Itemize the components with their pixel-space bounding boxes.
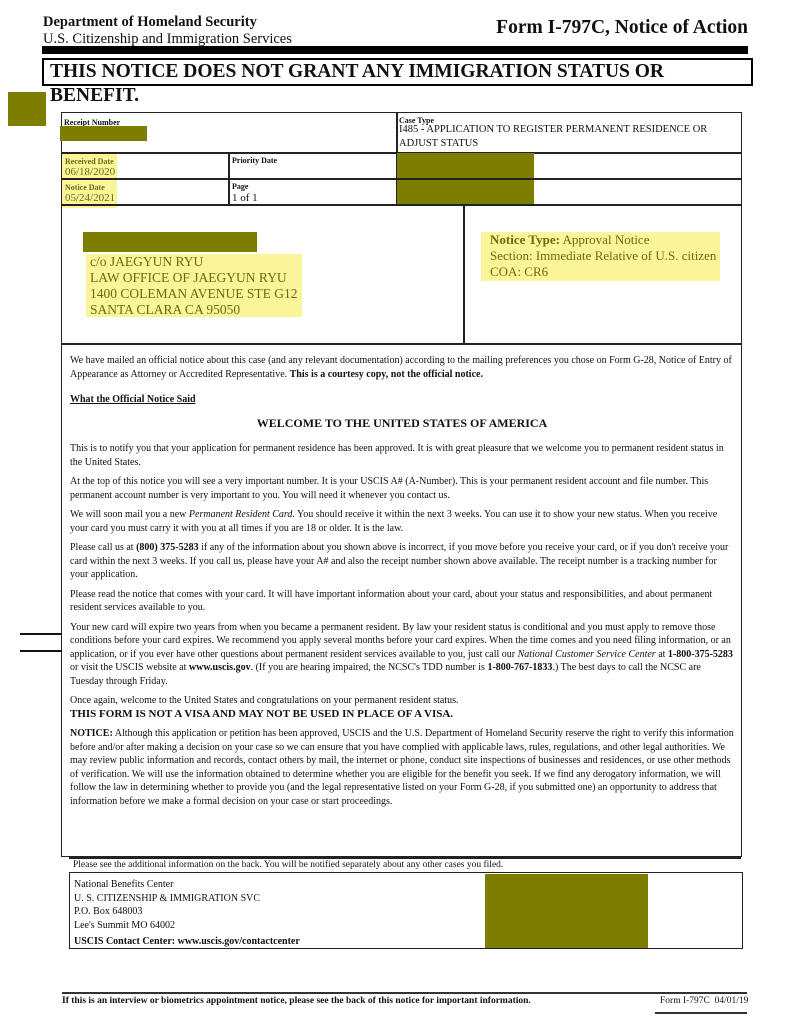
- status-banner: THIS NOTICE DOES NOT GRANT ANY IMMIGRATI…: [42, 58, 753, 86]
- section-heading: What the Official Notice Said: [70, 393, 734, 407]
- divider: [61, 343, 741, 345]
- courtesy-copy-note: We have mailed an official notice about …: [70, 354, 734, 381]
- paragraph: Your new card will expire two years from…: [70, 621, 734, 689]
- received-date-value: 06/18/2020: [65, 166, 115, 178]
- contact-center-link[interactable]: USCIS Contact Center: www.uscis.gov/cont…: [74, 935, 300, 949]
- office-line: National Benefits Center: [74, 878, 300, 892]
- divider: [61, 204, 741, 206]
- received-date-label: Received Date: [65, 157, 114, 166]
- paragraph: This is to notify you that your applicat…: [70, 442, 734, 469]
- address-line: SANTA CLARA CA 95050: [90, 302, 302, 318]
- notice-body: We have mailed an official notice about …: [70, 354, 734, 808]
- redaction-block: [485, 874, 648, 948]
- receipt-number-redacted: [60, 126, 147, 141]
- divider: [463, 204, 465, 344]
- welcome-heading: WELCOME TO THE UNITED STATES OF AMERICA: [70, 417, 734, 431]
- paragraph: Please call us at (800) 375-5283 if any …: [70, 541, 734, 582]
- notice-type-box: Notice Type: Approval Notice Section: Im…: [481, 232, 720, 281]
- page-label: Page: [232, 182, 248, 191]
- not-a-visa-warning: THIS FORM IS NOT A VISA AND MAY NOT BE U…: [70, 708, 734, 722]
- redaction-block: [8, 92, 46, 126]
- priority-date-label: Priority Date: [232, 156, 277, 165]
- mailing-address: c/o JAEGYUN RYU LAW OFFICE OF JAEGYUN RY…: [86, 254, 302, 317]
- footer-note: If this is an interview or biometrics ap…: [62, 996, 531, 1006]
- form-title: Form I-797C, Notice of Action: [496, 17, 748, 39]
- paragraph: At the top of this notice you will see a…: [70, 475, 734, 502]
- additional-info-note: Please see the additional information on…: [73, 859, 503, 873]
- address-line: c/o JAEGYUN RYU: [90, 254, 302, 270]
- notice-date-value: 05/24/2021: [65, 192, 115, 204]
- office-line: P.O. Box 648003: [74, 905, 300, 919]
- case-type-value: I485 - APPLICATION TO REGISTER PERMANENT…: [399, 123, 729, 151]
- form-id: Form I-797C 04/01/19: [660, 996, 748, 1006]
- office-address: National Benefits Center U. S. CITIZENSH…: [74, 878, 300, 949]
- department-name: Department of Homeland Security: [43, 14, 257, 31]
- notice-type-value: Approval Notice: [562, 232, 649, 247]
- paragraph: Once again, welcome to the United States…: [70, 694, 734, 708]
- address-line: 1400 COLEMAN AVENUE STE G12: [90, 286, 302, 302]
- address-line: LAW OFFICE OF JAEGYUN RYU: [90, 270, 302, 286]
- section-value: Section: Immediate Relative of U.S. citi…: [490, 248, 720, 264]
- coa-value: COA: CR6: [490, 264, 720, 280]
- notice-type-label: Notice Type:: [490, 232, 560, 247]
- divider: [61, 178, 741, 180]
- office-line: Lee's Summit MO 64002: [74, 919, 300, 933]
- header-rule: [42, 46, 748, 54]
- footer-rule: [62, 992, 747, 994]
- paragraph: We will soon mail you a new Permanent Re…: [70, 508, 734, 535]
- margin-mark: [20, 650, 62, 652]
- paragraph: Please read the notice that comes with y…: [70, 588, 734, 615]
- office-line: U. S. CITIZENSHIP & IMMIGRATION SVC: [74, 892, 300, 906]
- footer-rule: [655, 1012, 747, 1014]
- verification-notice: NOTICE: Although this application or pet…: [70, 727, 734, 808]
- page-value: 1 of 1: [232, 192, 258, 204]
- margin-mark: [20, 633, 62, 635]
- recipient-name-redacted: [83, 232, 257, 252]
- notice-date-label: Notice Date: [65, 183, 105, 192]
